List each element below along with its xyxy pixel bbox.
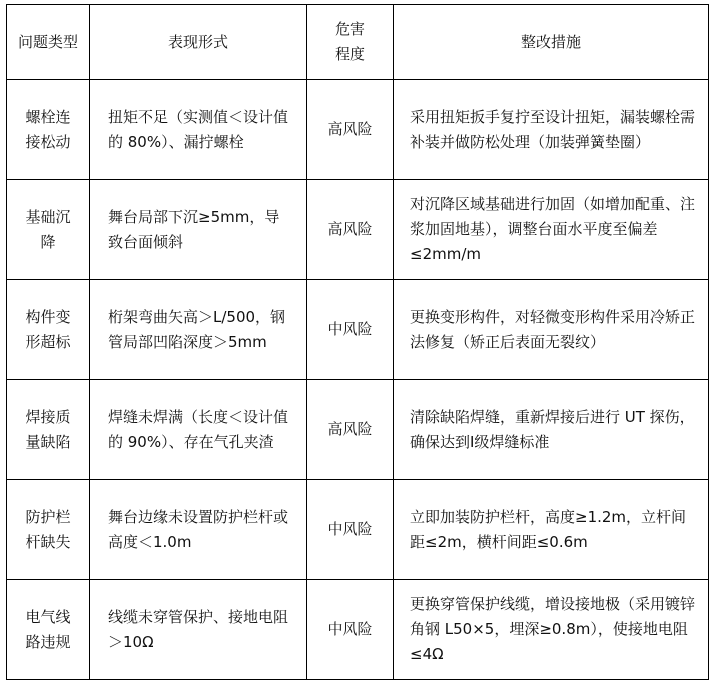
table-header-row: 问题类型 表现形式 危害程度 整改措施 <box>7 5 709 80</box>
cell-risk: 中风险 <box>307 480 394 580</box>
cell-issue-type: 电气线路违规 <box>7 580 90 680</box>
issue-type-text: 防护栏杆缺失 <box>7 505 89 555</box>
header-issue-type: 问题类型 <box>7 5 90 80</box>
risk-text: 高风险 <box>307 117 393 142</box>
cell-measure: 立即加装防护栏杆，高度≥1.2m，立杆间距≤2m，横杆间距≤0.6m <box>394 480 709 580</box>
table-row: 构件变形超标 桁架弯曲矢高＞L/500，钢管局部凹陷深度＞5mm 中风险 更换变… <box>7 280 709 380</box>
cell-measure: 对沉降区域基础进行加固（如增加配重、注浆加固地基），调整台面水平度至偏差≤2mm… <box>394 180 709 280</box>
cell-symptom: 舞台边缘未设置防护栏杆或高度＜1.0m <box>90 480 307 580</box>
measure-text: 立即加装防护栏杆，高度≥1.2m，立杆间距≤2m，横杆间距≤0.6m <box>394 505 708 555</box>
cell-symptom: 舞台局部下沉≥5mm，导致台面倾斜 <box>90 180 307 280</box>
header-symptom: 表现形式 <box>90 5 307 80</box>
risk-text: 高风险 <box>307 417 393 442</box>
measure-text: 更换变形构件，对轻微变形构件采用冷矫正法修复（矫正后表面无裂纹） <box>394 305 708 355</box>
cell-symptom: 扭矩不足（实测值＜设计值的 80%）、漏拧螺栓 <box>90 80 307 180</box>
cell-issue-type: 防护栏杆缺失 <box>7 480 90 580</box>
cell-risk: 高风险 <box>307 80 394 180</box>
header-risk-level: 危害程度 <box>307 5 394 80</box>
measure-text: 更换穿管保护线缆，增设接地极（采用镀锌角钢 L50×5，埋深≥0.8m），使接地… <box>394 592 708 667</box>
issue-type-text: 螺栓连接松动 <box>7 105 89 155</box>
measure-text: 采用扭矩扳手复拧至设计扭矩，漏装螺栓需补装并做防松处理（加装弹簧垫圈） <box>394 105 708 155</box>
header-label: 整改措施 <box>394 30 708 55</box>
symptom-text: 扭矩不足（实测值＜设计值的 80%）、漏拧螺栓 <box>90 105 306 155</box>
cell-risk: 中风险 <box>307 280 394 380</box>
measure-text: 对沉降区域基础进行加固（如增加配重、注浆加固地基），调整台面水平度至偏差≤2mm… <box>394 192 708 267</box>
cell-risk: 中风险 <box>307 580 394 680</box>
risk-text: 中风险 <box>307 617 393 642</box>
cell-risk: 高风险 <box>307 380 394 480</box>
table-row: 焊接质量缺陷 焊缝未焊满（长度＜设计值的 90%）、存在气孔夹渣 高风险 清除缺… <box>7 380 709 480</box>
issue-type-text: 电气线路违规 <box>7 605 89 655</box>
table-row: 防护栏杆缺失 舞台边缘未设置防护栏杆或高度＜1.0m 中风险 立即加装防护栏杆，… <box>7 480 709 580</box>
cell-issue-type: 构件变形超标 <box>7 280 90 380</box>
cell-symptom: 桁架弯曲矢高＞L/500，钢管局部凹陷深度＞5mm <box>90 280 307 380</box>
table-row: 螺栓连接松动 扭矩不足（实测值＜设计值的 80%）、漏拧螺栓 高风险 采用扭矩扳… <box>7 80 709 180</box>
table-row: 电气线路违规 线缆未穿管保护、接地电阻＞10Ω 中风险 更换穿管保护线缆，增设接… <box>7 580 709 680</box>
header-label: 问题类型 <box>7 30 89 55</box>
cell-measure: 清除缺陷焊缝，重新焊接后进行 UT 探伤，确保达到Ⅰ级焊缝标准 <box>394 380 709 480</box>
symptom-text: 焊缝未焊满（长度＜设计值的 90%）、存在气孔夹渣 <box>90 405 306 455</box>
table-row: 基础沉降 舞台局部下沉≥5mm，导致台面倾斜 高风险 对沉降区域基础进行加固（如… <box>7 180 709 280</box>
cell-measure: 更换穿管保护线缆，增设接地极（采用镀锌角钢 L50×5，埋深≥0.8m），使接地… <box>394 580 709 680</box>
cell-symptom: 线缆未穿管保护、接地电阻＞10Ω <box>90 580 307 680</box>
cell-symptom: 焊缝未焊满（长度＜设计值的 90%）、存在气孔夹渣 <box>90 380 307 480</box>
risk-text: 中风险 <box>307 517 393 542</box>
header-measure: 整改措施 <box>394 5 709 80</box>
cell-measure: 采用扭矩扳手复拧至设计扭矩，漏装螺栓需补装并做防松处理（加装弹簧垫圈） <box>394 80 709 180</box>
risk-text: 高风险 <box>307 217 393 242</box>
issue-type-text: 焊接质量缺陷 <box>7 405 89 455</box>
symptom-text: 舞台边缘未设置防护栏杆或高度＜1.0m <box>90 505 306 555</box>
rectification-table: 问题类型 表现形式 危害程度 整改措施 螺栓连接松动 扭矩不足（实测值＜设计值的… <box>6 4 709 680</box>
cell-issue-type: 基础沉降 <box>7 180 90 280</box>
header-label: 表现形式 <box>90 30 306 55</box>
cell-risk: 高风险 <box>307 180 394 280</box>
cell-measure: 更换变形构件，对轻微变形构件采用冷矫正法修复（矫正后表面无裂纹） <box>394 280 709 380</box>
symptom-text: 舞台局部下沉≥5mm，导致台面倾斜 <box>90 205 306 255</box>
issue-type-text: 构件变形超标 <box>7 305 89 355</box>
symptom-text: 桁架弯曲矢高＞L/500，钢管局部凹陷深度＞5mm <box>90 305 306 355</box>
cell-issue-type: 螺栓连接松动 <box>7 80 90 180</box>
header-label: 危害程度 <box>307 17 393 67</box>
issue-type-text: 基础沉降 <box>7 205 89 255</box>
cell-issue-type: 焊接质量缺陷 <box>7 380 90 480</box>
risk-text: 中风险 <box>307 317 393 342</box>
measure-text: 清除缺陷焊缝，重新焊接后进行 UT 探伤，确保达到Ⅰ级焊缝标准 <box>394 405 708 455</box>
symptom-text: 线缆未穿管保护、接地电阻＞10Ω <box>90 605 306 655</box>
